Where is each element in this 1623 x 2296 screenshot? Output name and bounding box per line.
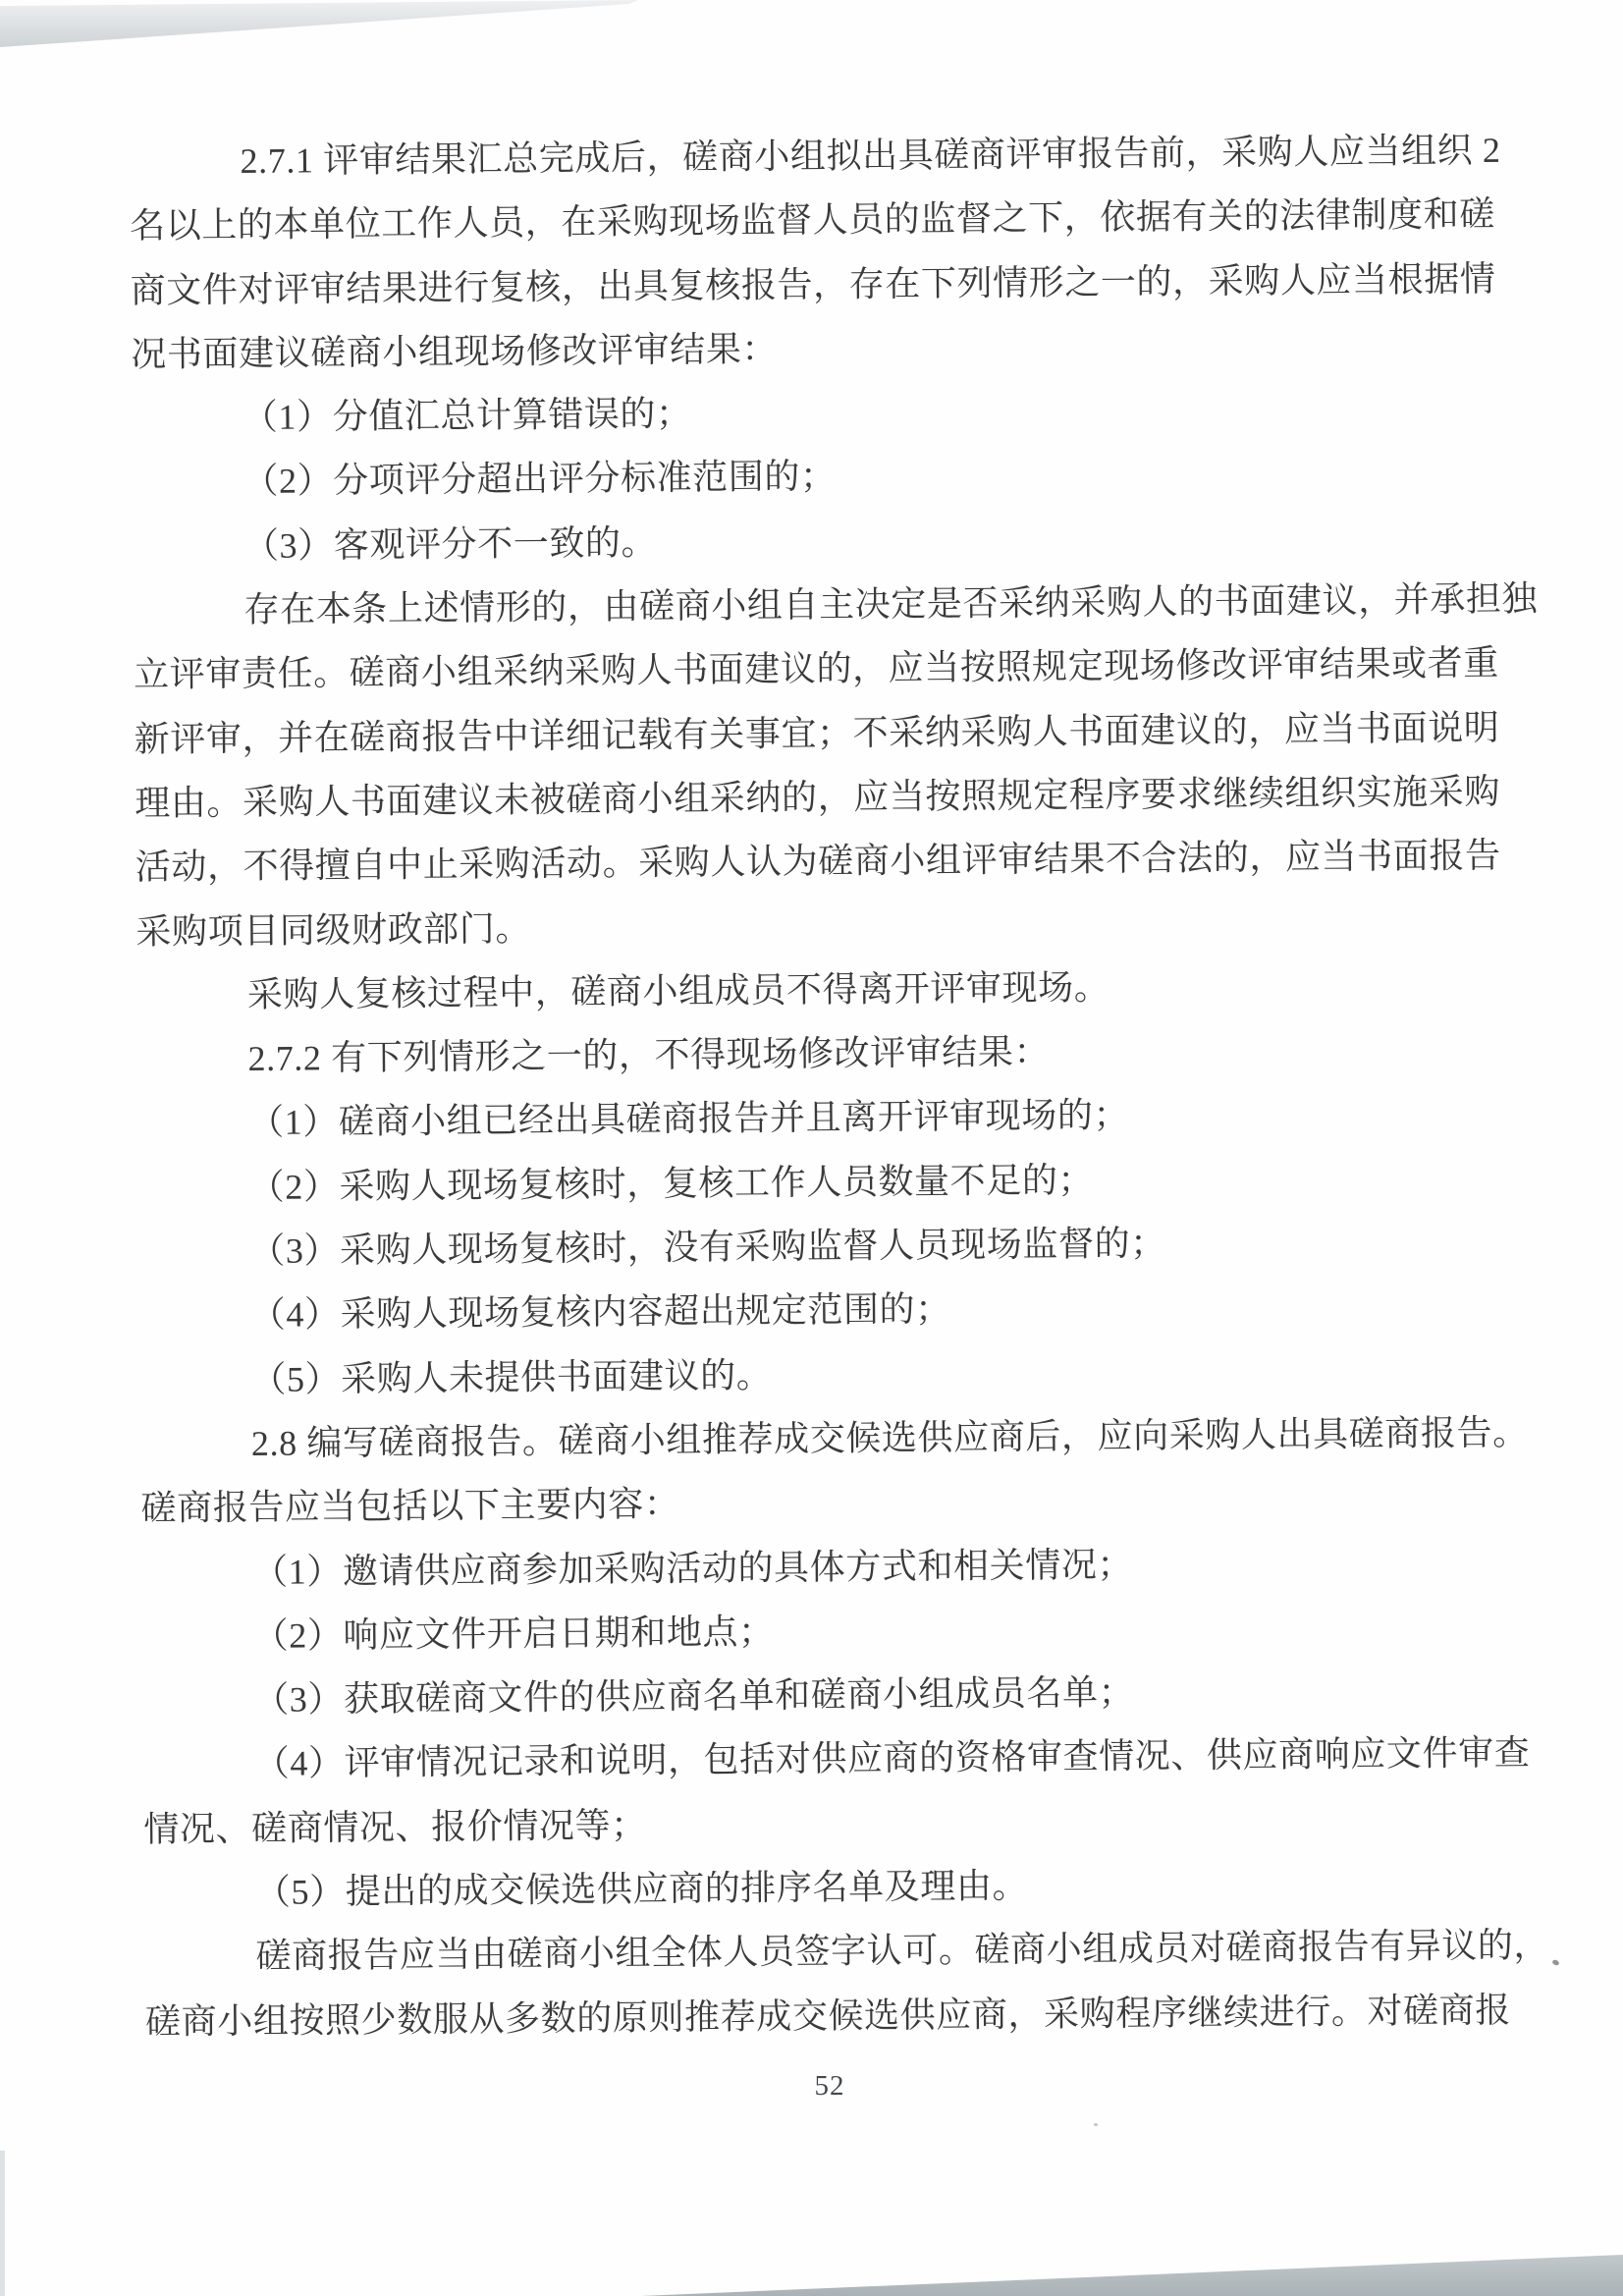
text-line: 2.7.1 评审结果汇总完成后，磋商小组拟出具磋商评审报告前，采购人应当组织 2 xyxy=(129,119,1494,194)
scan-speck xyxy=(1094,2123,1098,2126)
text-line: 理由。采购人书面建议未被磋商小组采纳的，应当按照规定程序要求继续组织实施采购 xyxy=(135,760,1500,836)
text-line: 商文件对评审结果进行复核，出具复核报告，存在下列情形之一的，采购人应当根据情 xyxy=(130,246,1495,322)
text-line: （2）响应文件开启日期和地点； xyxy=(141,1594,1507,1669)
text-line: （1）分值汇总计算错误的； xyxy=(132,375,1497,451)
text-line: 磋商报告应当包括以下主要内容： xyxy=(140,1465,1506,1541)
text-line: 名以上的本单位工作人员，在采购现场监督人员的监督之下，依据有关的法律制度和磋 xyxy=(130,183,1495,258)
text-line: 况书面建议磋商小组现场修改评审结果： xyxy=(131,311,1496,387)
scan-edge-artifact xyxy=(0,2151,5,2296)
text-line: （5）采购人未提供书面建议的。 xyxy=(139,1338,1505,1413)
text-line: 存在本条上述情形的，由磋商小组自主决定是否采纳采购人的书面建议，并承担独 xyxy=(133,568,1498,643)
text-line: （1）磋商小组已经出具磋商报告并且离开评审现场的； xyxy=(137,1080,1503,1156)
text-line: （3）采购人现场复核时，没有采购监督人员现场监督的； xyxy=(138,1209,1504,1285)
text-line: 情况、磋商情况、报价情况等； xyxy=(143,1786,1509,1862)
text-line: （1）邀请供应商参加采购活动的具体方式和相关情况； xyxy=(141,1529,1507,1605)
text-line: 新评审，并在磋商报告中详细记载有关事宜；不采纳采购人书面建议的，应当书面说明 xyxy=(134,696,1499,772)
document-text: 2.7.1 评审结果汇总完成后，磋商小组拟出具磋商评审报告前，采购人应当组织 2… xyxy=(129,119,1510,2054)
scan-speck xyxy=(1551,1959,1559,1966)
text-line: （3）获取磋商文件的供应商名单和磋商小组成员名单； xyxy=(142,1658,1508,1733)
text-line: 磋商报告应当由磋商小组全体人员签字认可。磋商小组成员对磋商报告有异议的， xyxy=(144,1914,1510,1990)
page-number: 52 xyxy=(736,2070,923,2103)
scan-shadow-top-left xyxy=(0,0,648,49)
text-line: 2.7.2 有下列情形之一的，不得现场修改评审结果： xyxy=(136,1016,1502,1092)
text-line: 2.8 编写磋商报告。磋商小组推荐成交候选供应商后，应向采购人出具磋商报告。 xyxy=(140,1401,1506,1477)
text-line: （4）评审情况记录和说明，包括对供应商的资格审查情况、供应商响应文件审查 xyxy=(143,1722,1509,1797)
text-line: 磋商小组按照少数服从多数的原则推荐成交候选供应商，采购程序继续进行。对磋商报 xyxy=(145,1978,1511,2053)
text-line: 活动，不得擅自中止采购活动。采购人认为磋商小组评审结果不合法的，应当书面报告 xyxy=(135,824,1501,900)
scanned-document-page: 2.7.1 评审结果汇总完成后，磋商小组拟出具磋商评审报告前，采购人应当组织 2… xyxy=(0,0,1623,2296)
text-line: （2）分项评分超出评分标准范围的； xyxy=(132,439,1497,515)
text-line: 立评审责任。磋商小组采纳采购人书面建议的，应当按照规定现场修改评审结果或者重 xyxy=(134,631,1499,707)
text-line: 采购人复核过程中，磋商小组成员不得离开评审现场。 xyxy=(136,953,1502,1028)
text-line: （3）客观评分不一致的。 xyxy=(133,504,1498,579)
text-line: （4）采购人现场复核内容超出规定范围的； xyxy=(139,1273,1505,1348)
text-line: 采购项目同级财政部门。 xyxy=(135,888,1501,963)
text-line: （5）提出的成交候选供应商的排序名单及理由。 xyxy=(144,1850,1510,1926)
scan-shadow-bottom-right xyxy=(641,2237,1623,2296)
text-line: （2）采购人现场复核时，复核工作人员数量不足的； xyxy=(137,1145,1503,1221)
